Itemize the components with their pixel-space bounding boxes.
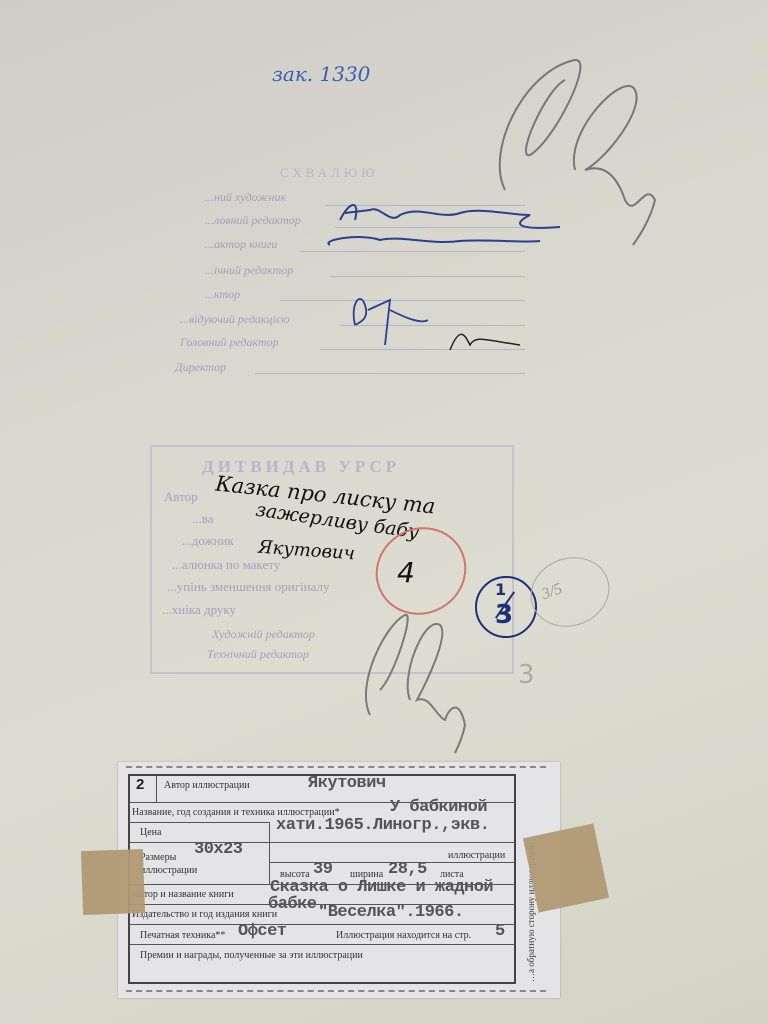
height-value: 39: [313, 860, 332, 879]
pencil-signature-middle-icon: [355, 605, 485, 755]
publisher-row-2: ...дожник: [182, 533, 234, 549]
publisher-row-5: ...хніка друку: [162, 602, 236, 618]
print-value: Офсет: [238, 922, 287, 941]
approval-row-0: ...ний художник: [205, 190, 286, 205]
tape-right: [523, 823, 609, 912]
print-label: Печатная техника**: [140, 930, 225, 941]
approval-row-2: ...актор книги: [205, 237, 277, 252]
approval-row-3: ...ічний редактор: [205, 263, 293, 278]
tape-left: [81, 849, 145, 915]
approval-row-6: Головний редактор: [180, 335, 279, 350]
illustration-label-card: 2 Автор иллюстрации Якутович Название, г…: [118, 762, 560, 998]
author-label: Автор иллюстрации: [164, 780, 250, 791]
size-value: 30x23: [194, 840, 243, 859]
fraction-bottom: 3: [495, 600, 513, 630]
price-label: Цена: [140, 827, 161, 838]
publisher-row-0: Автор: [164, 489, 198, 505]
awards-label: Премии и награды, полученные за эти иллю…: [140, 950, 363, 961]
pencil-number: 3: [518, 660, 535, 690]
title-value-line2: хати.1965.Линогр.,экв.: [276, 816, 489, 835]
approval-row-4: ...ктор: [205, 287, 240, 302]
author-value: Якутович: [308, 774, 386, 793]
book-label: Автор и название книги: [132, 889, 234, 900]
pencil-fraction-text: 3/5: [539, 580, 564, 604]
approval-row-5: ...відуючий редакцією: [180, 312, 290, 327]
fraction-top: 1: [495, 580, 506, 599]
label-number: 2: [136, 776, 144, 793]
width-value: 28,5: [388, 860, 427, 879]
approval-row-1: ...ловний редактор: [205, 213, 301, 228]
publisher-row-3: ...алюнка по макету: [172, 557, 280, 573]
size-label-line2: иллюстрации: [140, 865, 197, 876]
publisher-row-1: ...ва: [192, 511, 214, 527]
red-circle-number: 4: [397, 556, 415, 589]
page-value: 5: [495, 922, 505, 941]
publisher-label: Издательство и год издания книги: [132, 909, 277, 920]
title-value-line1: У бабкиной: [390, 798, 487, 817]
blue-signatures-icon: [300, 195, 580, 365]
approval-stamp-title: СХВАЛЮЮ: [280, 165, 379, 181]
size-label-line1: Размеры: [140, 852, 176, 863]
publisher-value: "Веселка".1966.: [318, 903, 464, 922]
publisher-row-6: Художній редактор: [212, 627, 315, 642]
page-label: Иллюстрация находится на стр.: [336, 930, 471, 941]
order-number-handwritten: зак. 1330: [272, 62, 370, 86]
illustrations-label: иллюстрации: [448, 850, 505, 861]
publisher-row-4: ...упінь зменшення оригіналу: [167, 579, 330, 595]
pencil-circle-fraction: 3/5: [521, 546, 619, 637]
publisher-row-7: Технічний редактор: [207, 647, 309, 662]
approval-row-7: Директор: [175, 360, 226, 375]
